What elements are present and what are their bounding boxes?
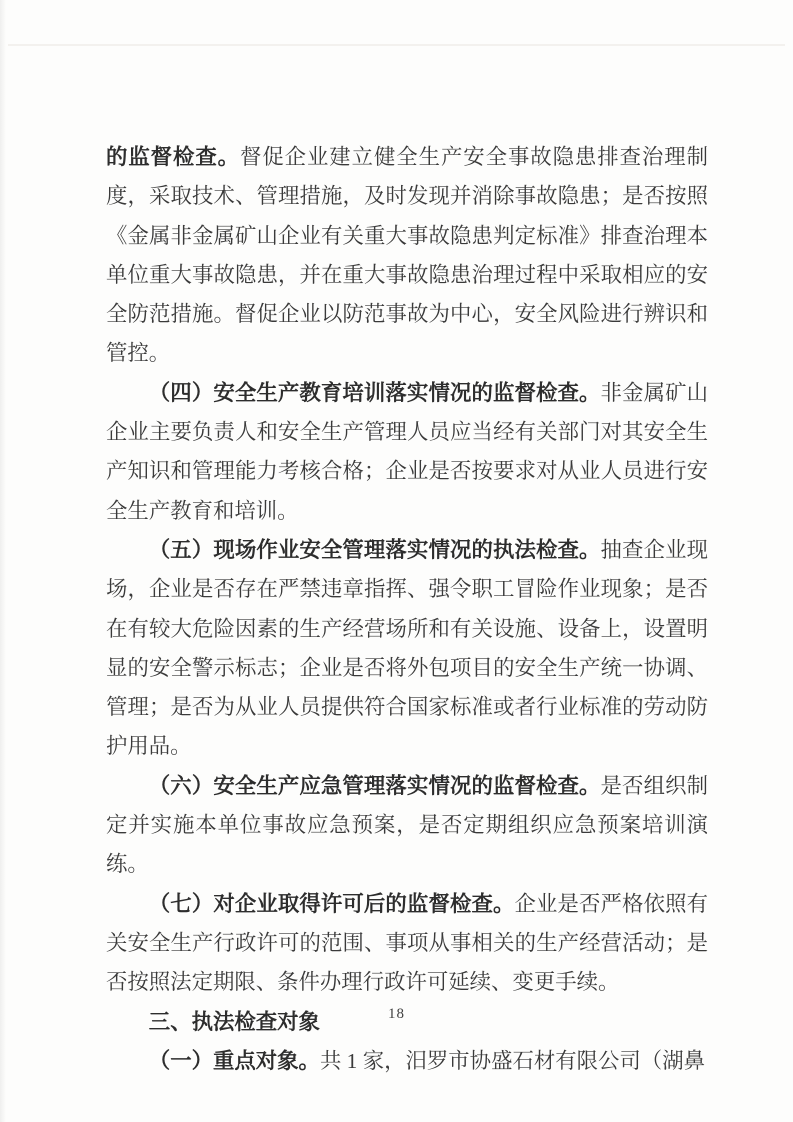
paragraph-item-six: （六）安全生产应急管理落实情况的监督检查。是否组织制定并实施本单位事故应急预案，…	[106, 767, 708, 885]
paragraph-bold-lead: 的监督检查。	[106, 145, 240, 169]
scan-line-artifact	[8, 44, 785, 46]
paragraph-text: 共 1 家，汨罗市协盛石材有限公司（湖鼻	[320, 1049, 705, 1073]
paragraph-text: 抽查企业现场，企业是否存在严禁违章指挥、强令职工冒险作业现象；是否在有较大危险因…	[106, 538, 708, 758]
page-number: 18	[0, 1006, 793, 1023]
paragraph-item-seven: （七）对企业取得许可后的监督检查。企业是否严格依照有关安全生产行政许可的范围、事…	[106, 885, 708, 1003]
paragraph-text: 督促企业建立健全生产安全事故隐患排查治理制度，采取技术、管理措施，及时发现并消除…	[106, 145, 708, 365]
scan-edge-artifact	[0, 0, 6, 1122]
paragraph-bold-lead: （六）安全生产应急管理落实情况的监督检查。	[149, 774, 601, 798]
document-body: 的监督检查。督促企业建立健全生产安全事故隐患排查治理制度，采取技术、管理措施，及…	[106, 138, 708, 1081]
paragraph-bold-lead: （一）重点对象。	[149, 1049, 320, 1073]
paragraph-continuation: 的监督检查。督促企业建立健全生产安全事故隐患排查治理制度，采取技术、管理措施，及…	[106, 138, 708, 374]
paragraph-bold-lead: （五）现场作业安全管理落实情况的执法检查。	[149, 538, 601, 562]
paragraph-item-one: （一）重点对象。共 1 家，汨罗市协盛石材有限公司（湖鼻	[106, 1042, 708, 1081]
paragraph-bold-lead: （七）对企业取得许可后的监督检查。	[149, 892, 515, 916]
document-page: 的监督检查。督促企业建立健全生产安全事故隐患排查治理制度，采取技术、管理措施，及…	[0, 0, 793, 1122]
paragraph-bold-lead: （四）安全生产教育培训落实情况的监督检查。	[149, 381, 601, 405]
paragraph-item-four: （四）安全生产教育培训落实情况的监督检查。非金属矿山企业主要负责人和安全生产管理…	[106, 374, 708, 531]
paragraph-item-five: （五）现场作业安全管理落实情况的执法检查。抽查企业现场，企业是否存在严禁违章指挥…	[106, 531, 708, 767]
